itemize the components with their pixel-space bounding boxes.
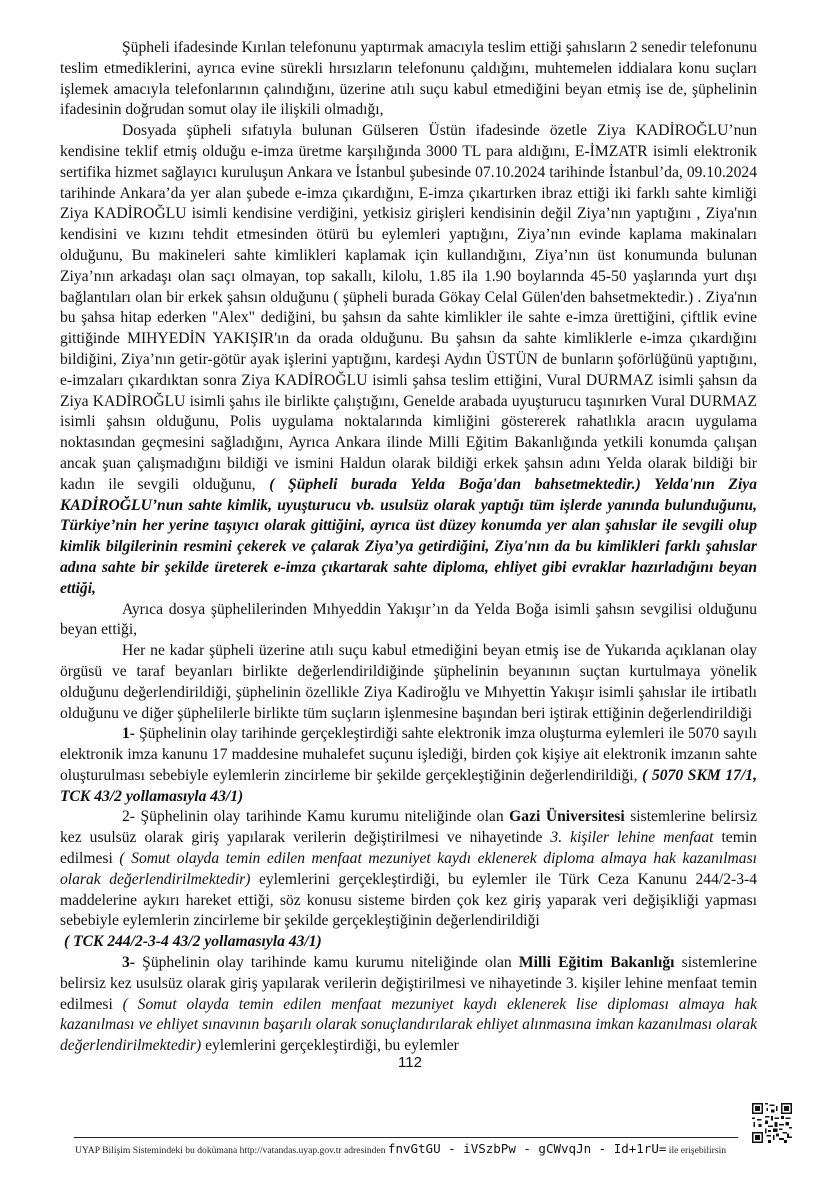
paragraph-text: Şüpheli ifadesinde Kırılan telefonunu ya… [60,39,757,118]
paragraph-suspect-statement: Şüpheli ifadesinde Kırılan telefonunu ya… [60,38,757,121]
footer-divider [74,1137,738,1138]
paragraph-mihyeddin-note: Ayrıca dosya şüphelilerinden Mıhyeddin Y… [60,600,757,642]
document-body: Şüpheli ifadesinde Kırılan telefonunu ya… [60,38,757,1057]
legal-reference: ( TCK 244/2-3-4 43/2 yollamasıyla 43/1) [64,933,322,950]
emphasized-statement: ( Şüpheli burada Yelda Boğa'dan bahsetme… [60,476,757,597]
finding-1: 1- Şüphelinin olay tarihinde gerçekleşti… [60,724,757,807]
institution-name: Milli Eğitim Bakanlığı [519,954,675,971]
paragraph-evaluation: Her ne kadar şüpheli üzerine atılı suçu … [60,641,757,724]
italic-phrase: 3. kişiler lehine menfaat [550,829,713,846]
finding-3: 3- Şüphelinin olay tarihinde kamu kurumu… [60,953,757,1057]
finding-number: 3- [122,954,135,971]
institution-name: Gazi Üniversitesi [509,808,625,825]
paragraph-text: 2- Şüphelinin olay tarihinde Kamu kurumu… [122,808,509,825]
paragraph-text: Her ne kadar şüpheli üzerine atılı suçu … [60,642,757,721]
paragraph-text: eylemlerini gerçekleştirdiği, bu eylemle… [201,1037,459,1054]
finding-2: 2- Şüphelinin olay tarihinde Kamu kurumu… [60,807,757,932]
page-number: 112 [0,1054,820,1071]
footer-suffix: ile erişebilirsin [666,1145,726,1156]
footer-prefix: UYAP Bilişim Sistemindeki bu dokümana ht… [75,1145,388,1156]
paragraph-text: Dosyada şüpheli sıfatıyla bulunan Gülser… [60,122,757,493]
footer-verification: UYAP Bilişim Sistemindeki bu dokümana ht… [75,1141,726,1156]
document-page: Şüpheli ifadesinde Kırılan telefonunu ya… [0,0,820,1198]
finding-number: 1- [122,725,135,742]
finding-2-legal-reference: ( TCK 244/2-3-4 43/2 yollamasıyla 43/1) [60,932,757,953]
qr-code-icon [752,1103,792,1143]
paragraph-text: Şüphelinin olay tarihinde kamu kurumu ni… [135,954,519,971]
paragraph-text: Ayrıca dosya şüphelilerinden Mıhyeddin Y… [60,601,757,639]
paragraph-gulseren-statement: Dosyada şüpheli sıfatıyla bulunan Gülser… [60,121,757,599]
access-code: fnvGtGU - iVSzbPw - gCWvqJn - Id+1rU= [388,1141,666,1156]
